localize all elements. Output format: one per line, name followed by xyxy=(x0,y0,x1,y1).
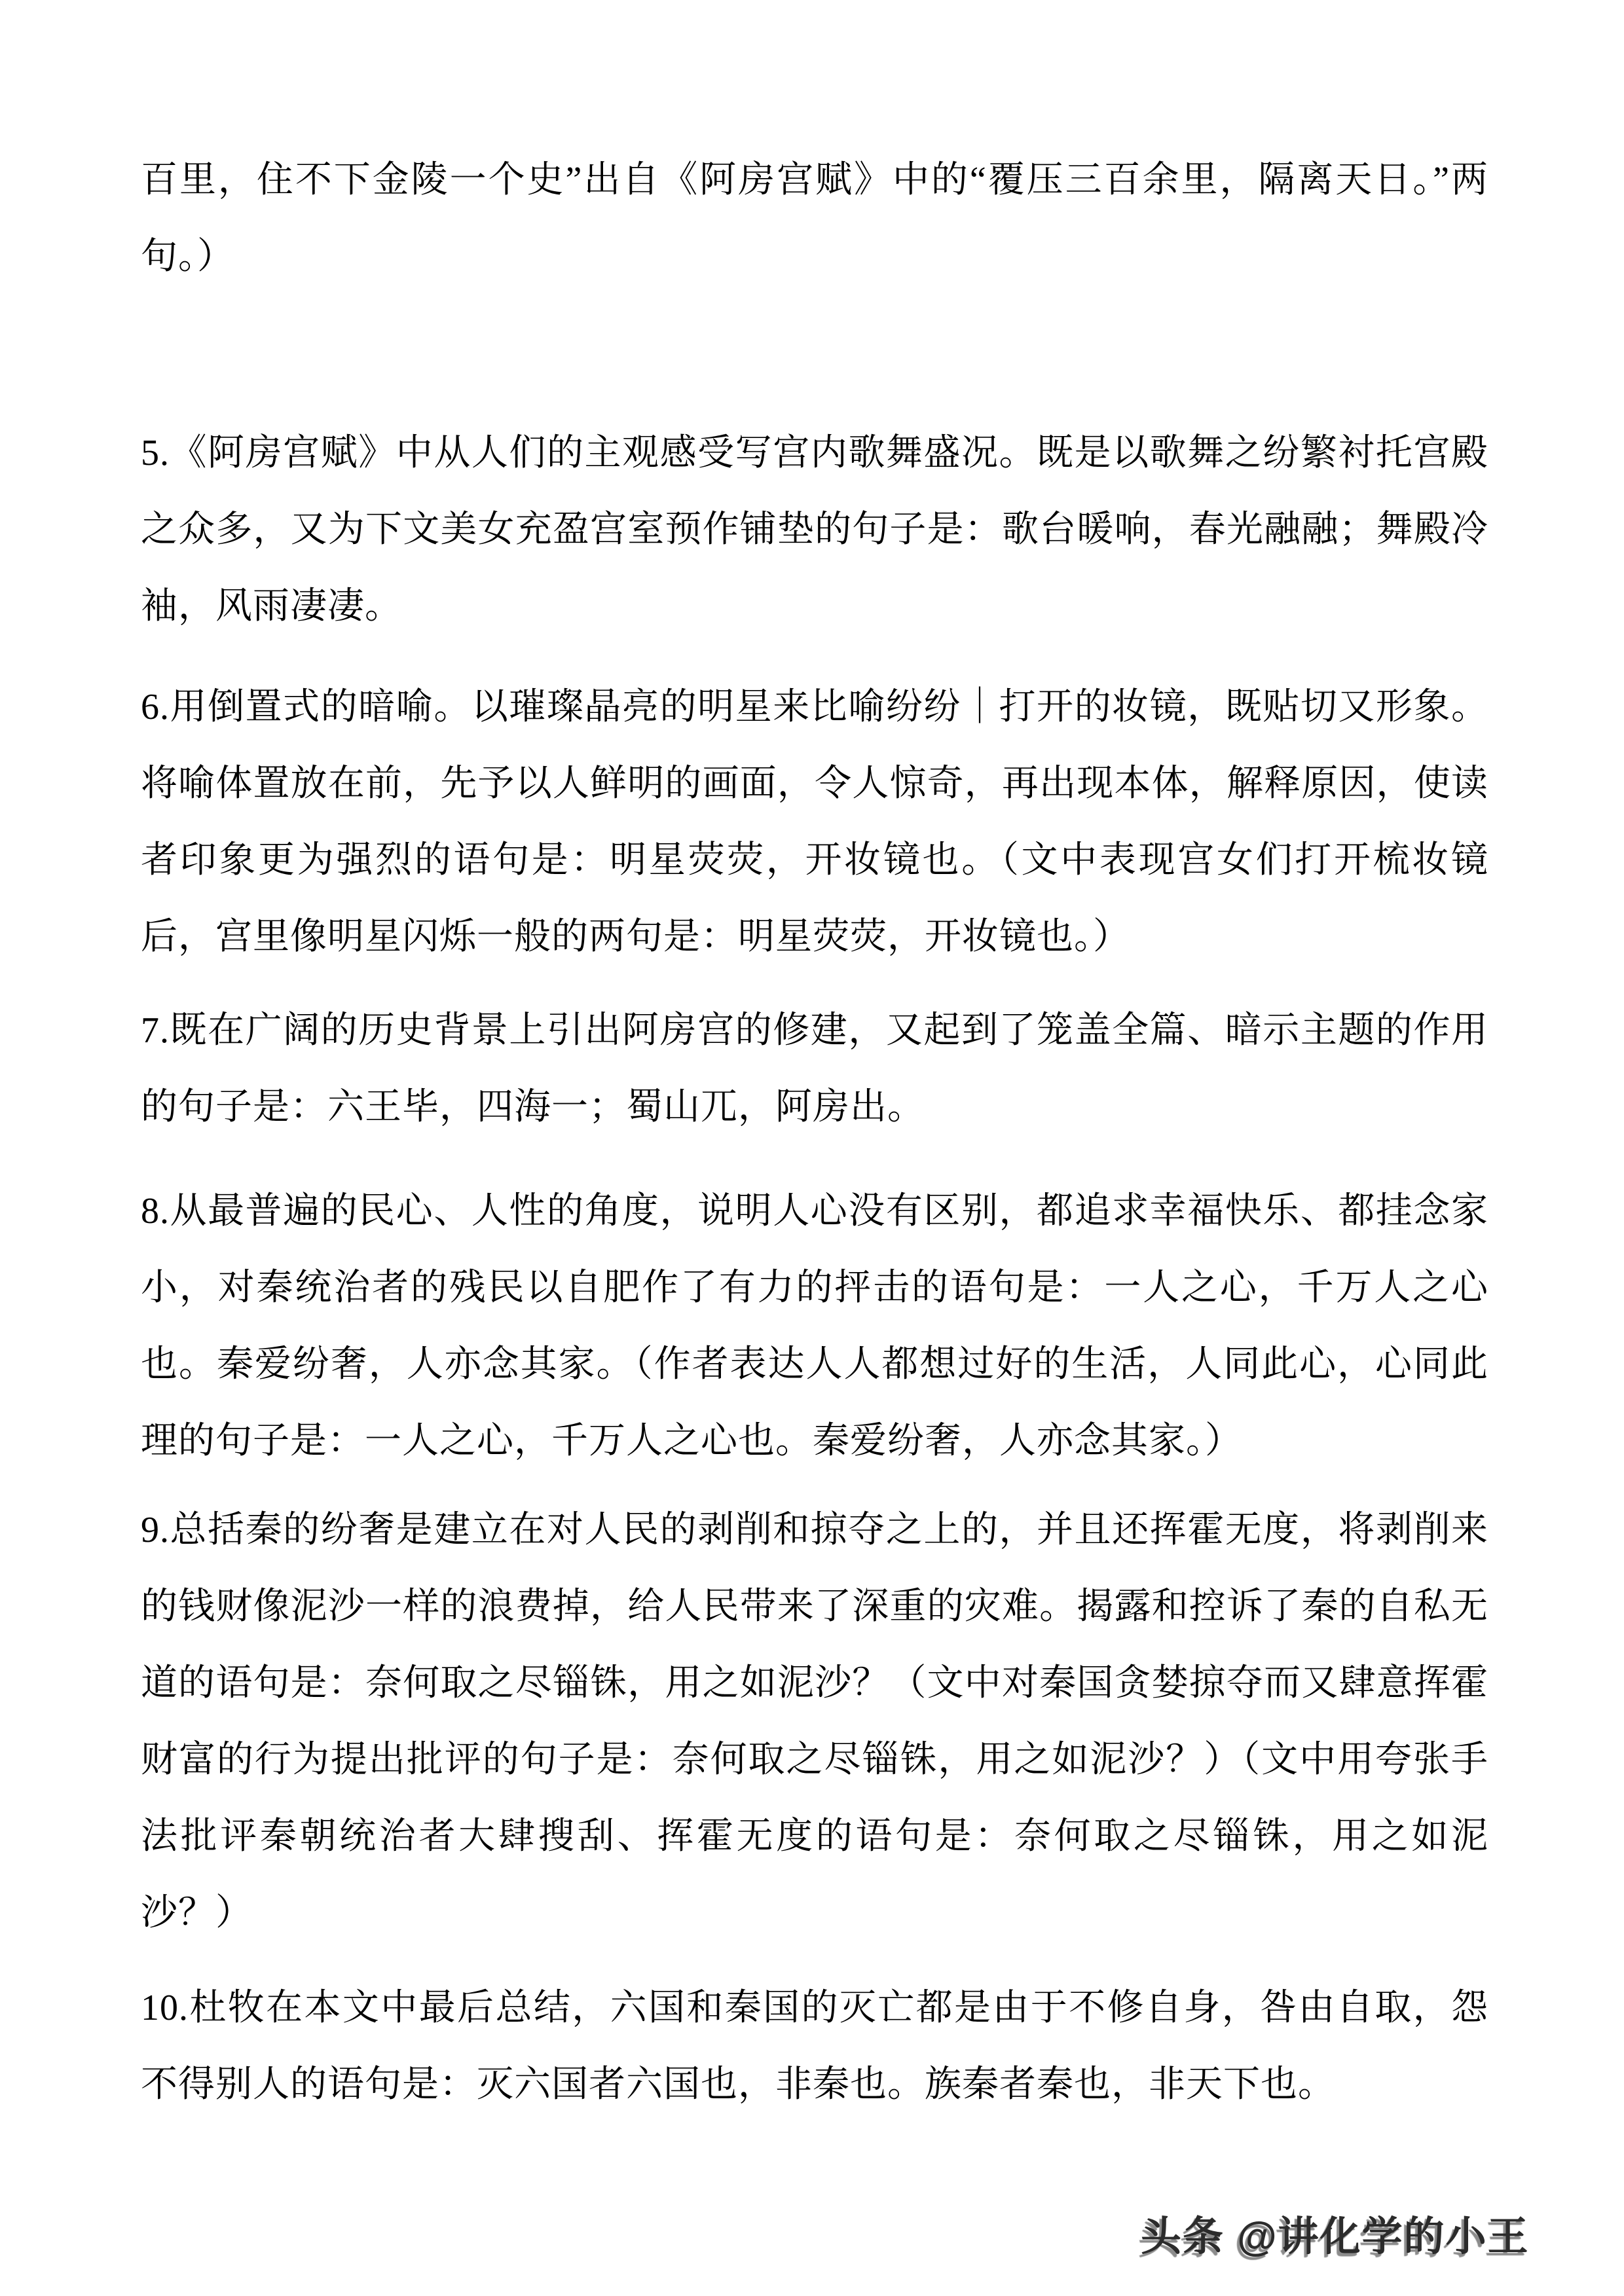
paragraph-item-7: 7.既在广阔的历史背景上引出阿房宫的修建，又起到了笼盖全篇、暗示主题的作用的句子… xyxy=(141,993,1488,1146)
paragraph-item-9: 9.总括秦的纷奢是建立在对人民的剥削和掠夺之上的，并且还挥霍无度，将剥削来的钱财… xyxy=(141,1492,1488,1952)
paragraph-item-8: 8.从最普遍的民心、人性的角度，说明人心没有区别，都追求幸福快乐、都挂念家小，对… xyxy=(141,1173,1488,1480)
paragraph-item-6: 6.用倒置式的暗喻。以璀璨晶亮的明星来比喻纷纷｜打开的妆镜，既贴切又形象。将喻体… xyxy=(141,669,1488,975)
paragraph-continuation: 百里，住不下金陵一个史”出自《阿房宫赋》中的“覆压三百余里，隔离天日。”两句。） xyxy=(141,142,1488,295)
document-page: 百里，住不下金陵一个史”出自《阿房宫赋》中的“覆压三百余里，隔离天日。”两句。）… xyxy=(0,0,1624,2296)
paragraph-item-10: 10.杜牧在本文中最后总结，六国和秦国的灭亡都是由于不修自身，咎由自取，怨不得别… xyxy=(141,1970,1488,2123)
toutiao-watermark: 头条 @讲化学的小王 xyxy=(1141,2215,1599,2259)
paragraph-item-5: 5.《阿房宫赋》中从人们的主观感受写宫内歌舞盛况。既是以歌舞之纷繁衬托宫殿之众多… xyxy=(141,415,1488,645)
